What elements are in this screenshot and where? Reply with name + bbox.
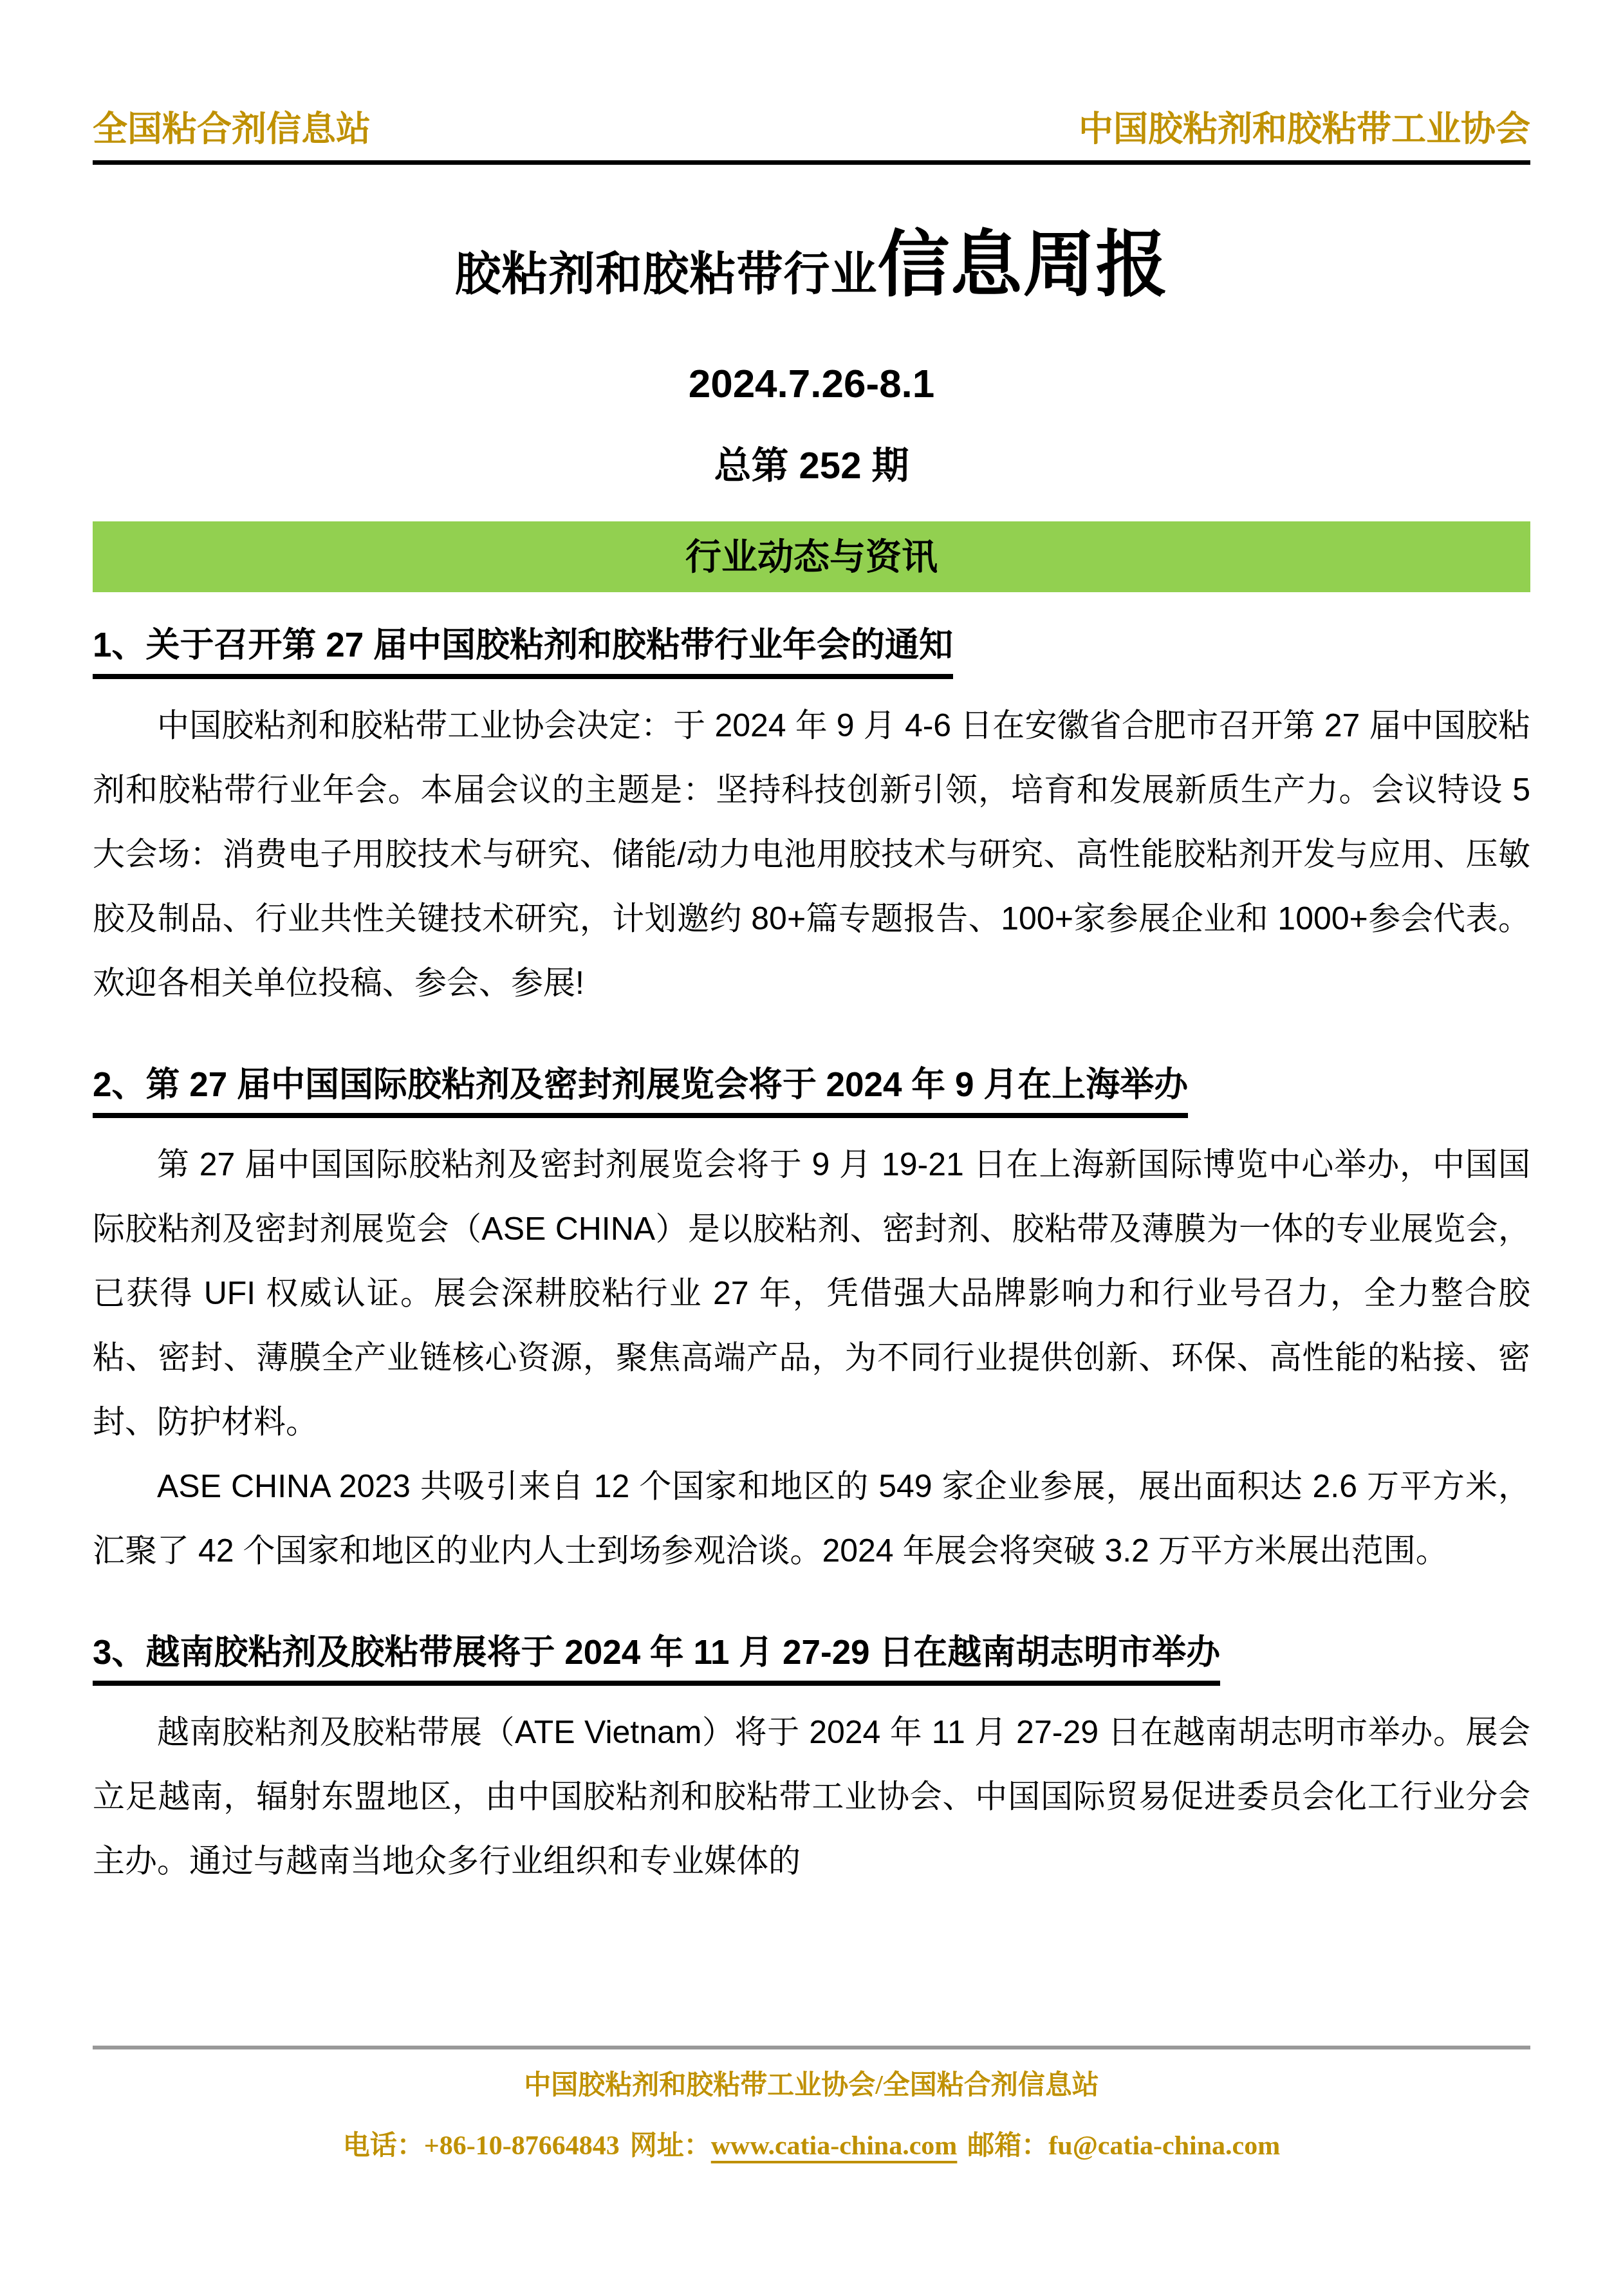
phone-label: 电话：	[343, 2131, 424, 2161]
article-2-paragraph: ASE CHINA 2023 共吸引来自 12 个国家和地区的 549 家企业参…	[93, 1454, 1530, 1583]
article-3-heading: 3、越南胶粘剂及胶粘带展将于 2024 年 11 月 27-29 日在越南胡志明…	[93, 1632, 1220, 1686]
article-3-paragraph: 越南胶粘剂及胶粘带展（ATE Vietnam）将于 2024 年 11 月 27…	[93, 1700, 1530, 1893]
article-1-heading-wrap: 1、关于召开第 27 届中国胶粘剂和胶粘带行业年会的通知	[93, 624, 1530, 678]
section-banner: 行业动态与资讯	[93, 521, 1530, 592]
article-3-heading-wrap: 3、越南胶粘剂及胶粘带展将于 2024 年 11 月 27-29 日在越南胡志明…	[93, 1632, 1530, 1686]
date-range: 2024.7.26-8.1	[93, 361, 1530, 407]
article-1: 1、关于召开第 27 届中国胶粘剂和胶粘带行业年会的通知 中国胶粘剂和胶粘带工业…	[93, 624, 1530, 1014]
article-3: 3、越南胶粘剂及胶粘带展将于 2024 年 11 月 27-29 日在越南胡志明…	[93, 1632, 1530, 1893]
title-prefix: 胶粘剂和胶粘带行业	[454, 236, 877, 303]
newsletter-page: 全国粘合剂信息站 中国胶粘剂和胶粘带工业协会 胶粘剂和胶粘带行业 信息周报 20…	[0, 0, 1623, 2296]
phone-number: +86-10-87664843	[424, 2131, 620, 2161]
header-divider	[93, 160, 1530, 165]
newsletter-title: 胶粘剂和胶粘带行业 信息周报	[93, 207, 1530, 311]
article-2: 2、第 27 届中国国际胶粘剂及密封剂展览会将于 2024 年 9 月在上海举办…	[93, 1064, 1530, 1583]
article-2-heading-wrap: 2、第 27 届中国国际胶粘剂及密封剂展览会将于 2024 年 9 月在上海举办	[93, 1064, 1530, 1118]
page-footer: 中国胶粘剂和胶粘带工业协会/全国粘合剂信息站 电话：+86-10-8766484…	[93, 2046, 1530, 2163]
header-left-org: 全国粘合剂信息站	[93, 111, 371, 149]
footer-org-line: 中国胶粘剂和胶粘带工业协会/全国粘合剂信息站	[93, 2064, 1530, 2102]
article-2-paragraph: 第 27 届中国国际胶粘剂及密封剂展览会将于 9 月 19-21 日在上海新国际…	[93, 1132, 1530, 1454]
footer-contact-line: 电话：+86-10-87664843网址：www.catia-china.com…	[93, 2124, 1530, 2163]
footer-divider	[93, 2046, 1530, 2049]
title-main: 信息周报	[878, 207, 1169, 311]
article-1-heading: 1、关于召开第 27 届中国胶粘剂和胶粘带行业年会的通知	[93, 624, 953, 678]
issue-number: 总第 252 期	[93, 435, 1530, 489]
email-label: 邮箱：	[967, 2131, 1048, 2161]
header-right-org: 中国胶粘剂和胶粘带工业协会	[1079, 111, 1530, 149]
website-label: 网址：	[630, 2131, 711, 2161]
page-header: 全国粘合剂信息站 中国胶粘剂和胶粘带工业协会	[93, 0, 1530, 149]
article-1-paragraph: 中国胶粘剂和胶粘带工业协会决定：于 2024 年 9 月 4-6 日在安徽省合肥…	[93, 693, 1530, 1015]
website-link[interactable]: www.catia-china.com	[711, 2131, 958, 2161]
email-address: fu@catia-china.com	[1048, 2131, 1280, 2161]
article-2-heading: 2、第 27 届中国国际胶粘剂及密封剂展览会将于 2024 年 9 月在上海举办	[93, 1064, 1188, 1118]
